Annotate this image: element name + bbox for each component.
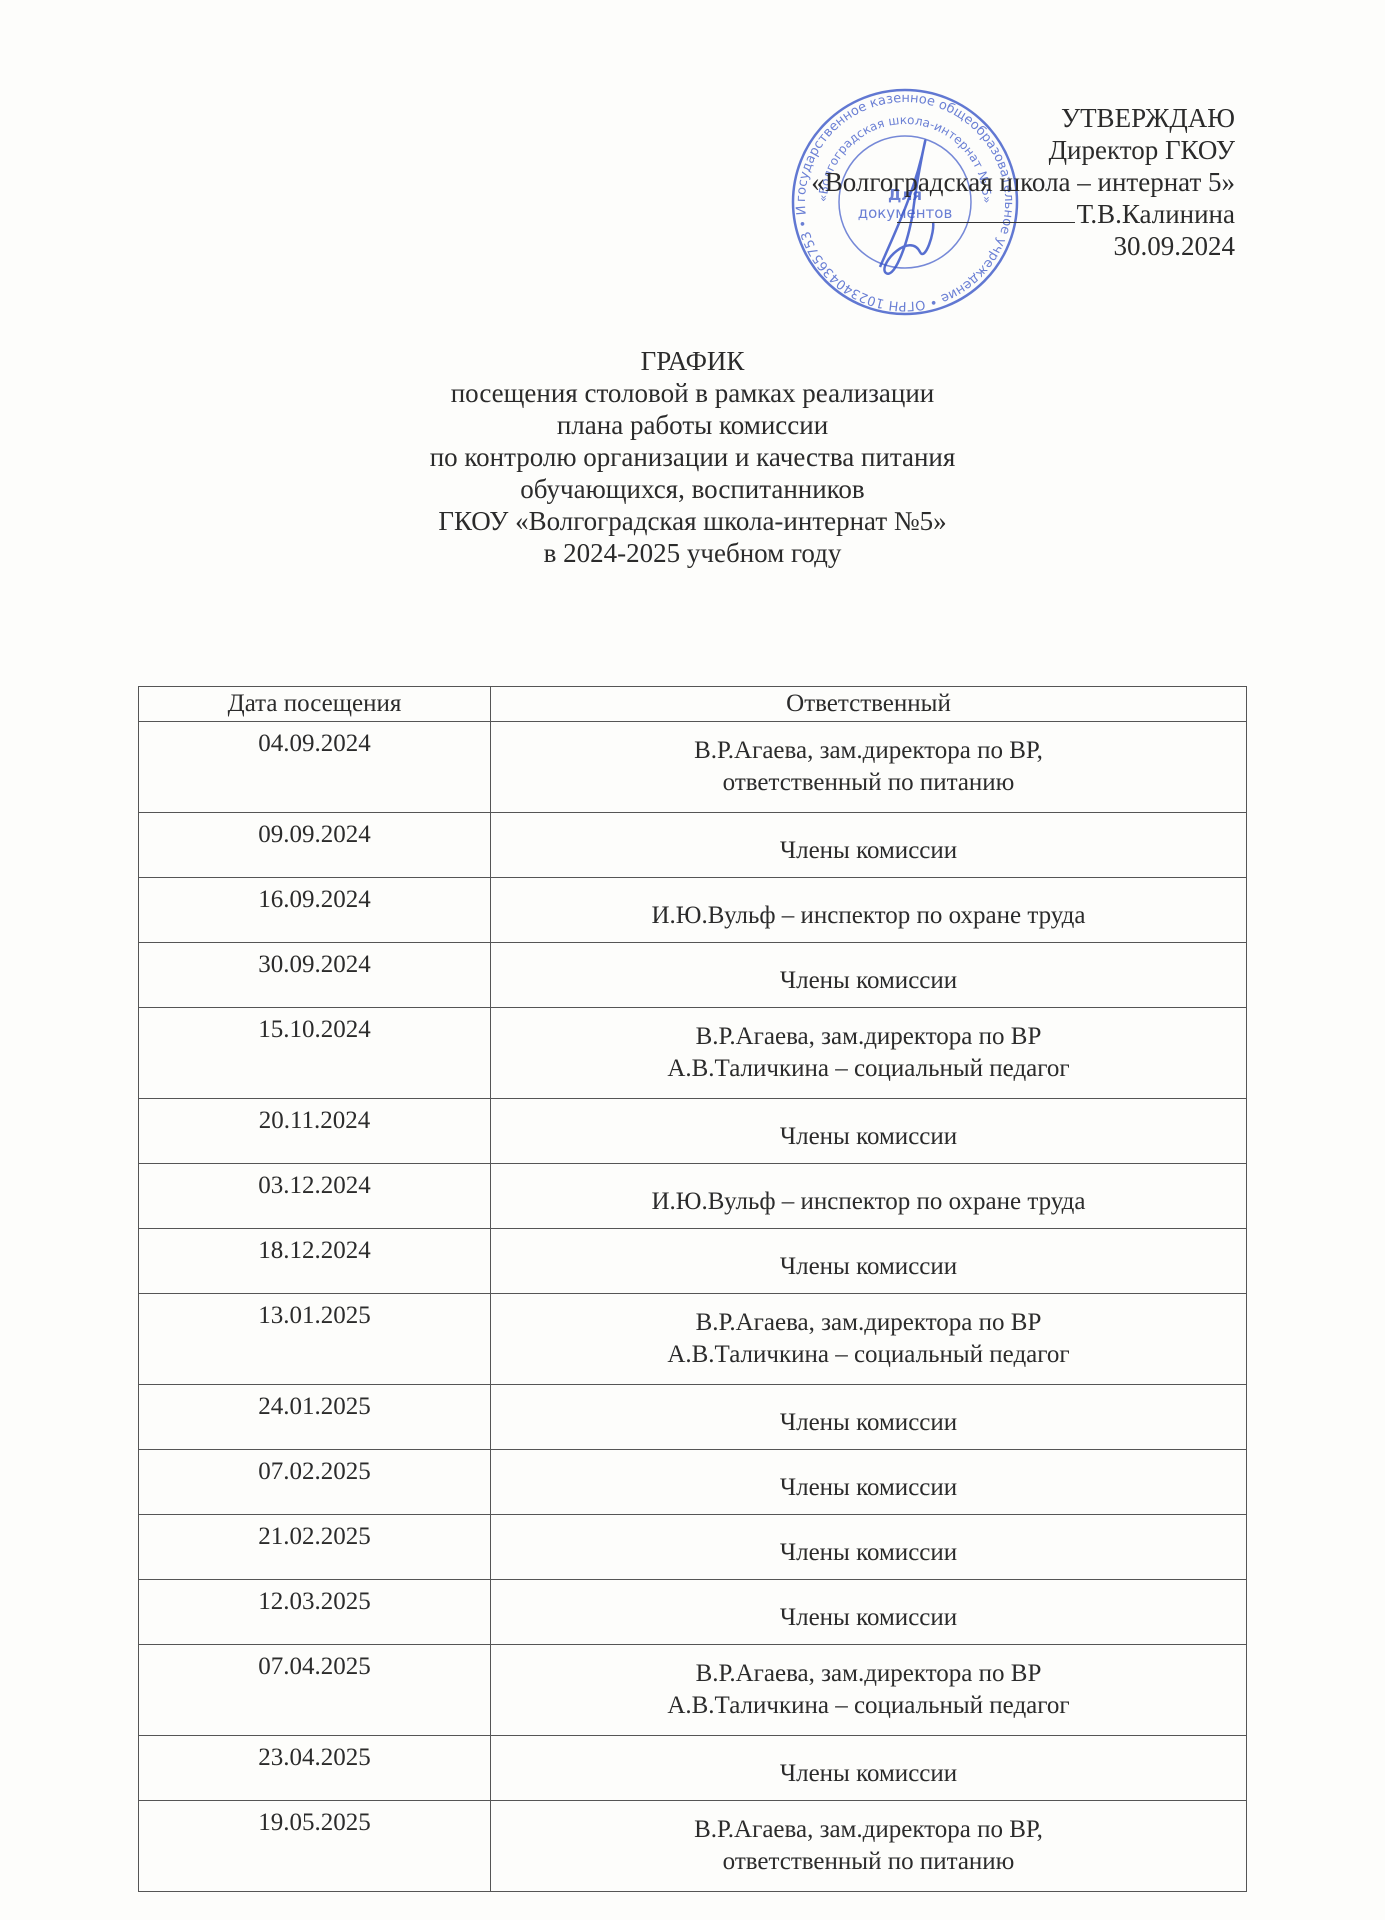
- title-line: ГКОУ «Волгоградская школа-интернат №5»: [0, 505, 1385, 537]
- approval-date: 30.09.2024: [811, 230, 1235, 262]
- responsible-cell: Члены комиссии: [491, 1515, 1247, 1580]
- visit-date: 16.09.2024: [139, 878, 491, 943]
- title-line: посещения столовой в рамках реализации: [0, 377, 1385, 409]
- responsible-cell: В.Р.Агаева, зам.директора по ВРА.В.Талич…: [491, 1294, 1247, 1385]
- visit-date: 23.04.2025: [139, 1736, 491, 1801]
- visit-date: 24.01.2025: [139, 1385, 491, 1450]
- responsible-line: Члены комиссии: [497, 1121, 1240, 1153]
- header-responsible: Ответственный: [491, 687, 1247, 722]
- table-row: 24.01.2025Члены комиссии: [139, 1385, 1247, 1450]
- responsible-line: Члены комиссии: [497, 1472, 1240, 1504]
- table-row: 15.10.2024В.Р.Агаева, зам.директора по В…: [139, 1008, 1247, 1099]
- responsible-cell: И.Ю.Вульф – инспектор по охране труда: [491, 1164, 1247, 1229]
- visit-date: 09.09.2024: [139, 813, 491, 878]
- header-date: Дата посещения: [139, 687, 491, 722]
- table-row: 03.12.2024И.Ю.Вульф – инспектор по охран…: [139, 1164, 1247, 1229]
- visit-date: 12.03.2025: [139, 1580, 491, 1645]
- responsible-line: Члены комиссии: [497, 1251, 1240, 1283]
- responsible-line: В.Р.Агаева, зам.директора по ВР: [497, 1658, 1240, 1690]
- responsible-cell: В.Р.Агаева, зам.директора по ВРА.В.Талич…: [491, 1008, 1247, 1099]
- table-row: 07.04.2025В.Р.Агаева, зам.директора по В…: [139, 1645, 1247, 1736]
- responsible-line: И.Ю.Вульф – инспектор по охране труда: [497, 900, 1240, 932]
- visit-date: 30.09.2024: [139, 943, 491, 1008]
- visit-date: 15.10.2024: [139, 1008, 491, 1099]
- responsible-cell: И.Ю.Вульф – инспектор по охране труда: [491, 878, 1247, 943]
- responsible-line: В.Р.Агаева, зам.директора по ВР,: [497, 1814, 1240, 1846]
- table-row: 13.01.2025В.Р.Агаева, зам.директора по В…: [139, 1294, 1247, 1385]
- approval-heading: УТВЕРЖДАЮ: [811, 102, 1235, 134]
- approval-position: Директор ГКОУ: [811, 134, 1235, 166]
- responsible-line: ответственный по питанию: [497, 1846, 1240, 1878]
- approval-block: УТВЕРЖДАЮ Директор ГКОУ «Волгоградская ш…: [811, 102, 1235, 262]
- signature-line: [897, 222, 1075, 223]
- visit-date: 21.02.2025: [139, 1515, 491, 1580]
- responsible-line: В.Р.Агаева, зам.директора по ВР: [497, 1021, 1240, 1053]
- visit-date: 19.05.2025: [139, 1801, 491, 1892]
- responsible-line: В.Р.Агаева, зам.директора по ВР: [497, 1307, 1240, 1339]
- approval-signatory-line: Т.В.Калинина: [811, 198, 1235, 230]
- table-row: 23.04.2025Члены комиссии: [139, 1736, 1247, 1801]
- responsible-line: Члены комиссии: [497, 1602, 1240, 1634]
- responsible-cell: Члены комиссии: [491, 1099, 1247, 1164]
- responsible-cell: Члены комиссии: [491, 1736, 1247, 1801]
- responsible-cell: Члены комиссии: [491, 813, 1247, 878]
- title-line: по контролю организации и качества питан…: [0, 441, 1385, 473]
- approval-organization: «Волгоградская школа – интернат 5»: [811, 166, 1235, 198]
- table-row: 04.09.2024В.Р.Агаева, зам.директора по В…: [139, 722, 1247, 813]
- title-heading: ГРАФИК: [0, 345, 1385, 377]
- visit-date: 07.04.2025: [139, 1645, 491, 1736]
- responsible-line: В.Р.Агаева, зам.директора по ВР,: [497, 735, 1240, 767]
- responsible-line: А.В.Таличкина – социальный педагог: [497, 1339, 1240, 1371]
- table-row: 20.11.2024Члены комиссии: [139, 1099, 1247, 1164]
- visit-date: 13.01.2025: [139, 1294, 491, 1385]
- responsible-line: А.В.Таличкина – социальный педагог: [497, 1690, 1240, 1722]
- responsible-cell: Члены комиссии: [491, 1385, 1247, 1450]
- visit-date: 03.12.2024: [139, 1164, 491, 1229]
- title-line: плана работы комиссии: [0, 409, 1385, 441]
- responsible-line: Члены комиссии: [497, 1537, 1240, 1569]
- table-header-row: Дата посещения Ответственный: [139, 687, 1247, 722]
- responsible-line: Члены комиссии: [497, 1407, 1240, 1439]
- table-row: 09.09.2024Члены комиссии: [139, 813, 1247, 878]
- responsible-cell: В.Р.Агаева, зам.директора по ВРА.В.Талич…: [491, 1645, 1247, 1736]
- visit-date: 07.02.2025: [139, 1450, 491, 1515]
- responsible-cell: Члены комиссии: [491, 1450, 1247, 1515]
- responsible-line: А.В.Таличкина – социальный педагог: [497, 1053, 1240, 1085]
- visit-date: 04.09.2024: [139, 722, 491, 813]
- responsible-line: Члены комиссии: [497, 965, 1240, 997]
- table-row: 30.09.2024Члены комиссии: [139, 943, 1247, 1008]
- responsible-line: И.Ю.Вульф – инспектор по охране труда: [497, 1186, 1240, 1218]
- responsible-line: Члены комиссии: [497, 835, 1240, 867]
- responsible-line: ответственный по питанию: [497, 767, 1240, 799]
- title-line: обучающихся, воспитанников: [0, 473, 1385, 505]
- responsible-cell: В.Р.Агаева, зам.директора по ВР,ответств…: [491, 1801, 1247, 1892]
- title-line: в 2024-2025 учебном году: [0, 537, 1385, 569]
- table-row: 07.02.2025Члены комиссии: [139, 1450, 1247, 1515]
- visit-date: 20.11.2024: [139, 1099, 491, 1164]
- responsible-cell: Члены комиссии: [491, 1229, 1247, 1294]
- responsible-cell: В.Р.Агаева, зам.директора по ВР,ответств…: [491, 722, 1247, 813]
- document-title: ГРАФИК посещения столовой в рамках реали…: [0, 345, 1385, 569]
- schedule-table: Дата посещения Ответственный 04.09.2024В…: [138, 686, 1247, 1892]
- table-row: 18.12.2024Члены комиссии: [139, 1229, 1247, 1294]
- table-row: 16.09.2024И.Ю.Вульф – инспектор по охран…: [139, 878, 1247, 943]
- responsible-line: Члены комиссии: [497, 1758, 1240, 1790]
- approval-signatory: Т.В.Калинина: [1077, 199, 1235, 229]
- table-row: 12.03.2025Члены комиссии: [139, 1580, 1247, 1645]
- visit-date: 18.12.2024: [139, 1229, 491, 1294]
- table-row: 21.02.2025Члены комиссии: [139, 1515, 1247, 1580]
- responsible-cell: Члены комиссии: [491, 1580, 1247, 1645]
- table-row: 19.05.2025В.Р.Агаева, зам.директора по В…: [139, 1801, 1247, 1892]
- responsible-cell: Члены комиссии: [491, 943, 1247, 1008]
